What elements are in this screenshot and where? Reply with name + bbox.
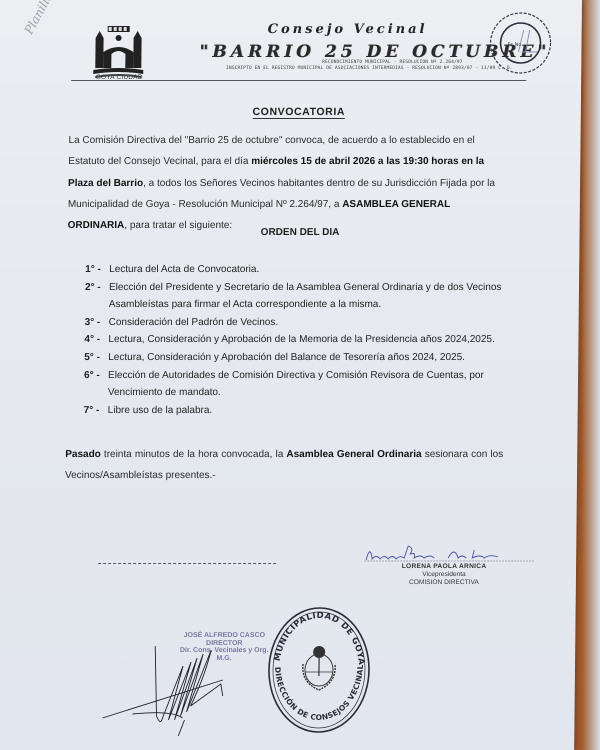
signatory-vicepresident: LORENA PAOLA ARNICA Vicepresidenta COMIS… [384,563,504,587]
agenda-item: 4° -Lectura, Consideración y Aprobación … [84,331,504,349]
agenda-item: 2° -Elección del Presidente y Secretario… [85,279,505,314]
closing-paragraph: Pasado treinta minutos de la hora convoc… [65,444,503,487]
municipal-seal-icon: MUNICIPALIDAD DE GOYA DIRECCIÓN DE CONSE… [264,604,373,736]
municipal-reception-stamp-icon: Fs.No [485,8,556,78]
document-title: CONVOCATORIA [0,106,599,118]
intro-paragraph: La Comisión Directiva del "Barrio 25 de … [68,130,505,236]
agenda-list: 1° -Lectura del Acta de Convocatoria. 2°… [84,261,506,419]
document-page: Planilla GOYA CIUDAD Consejo Vecinal "BA… [0,0,582,750]
signature-line [98,563,276,564]
agenda-title: ORDEN DEL DIA [0,227,600,238]
header-divider [71,80,526,81]
handwritten-signature-icon [364,540,534,565]
agenda-item: 3° -Consideración del Padrón de Vecinos. [85,314,505,332]
agenda-item: 7° -Libre uso de la palabra. [84,402,504,420]
header-title-script: Consejo Vecinal [268,22,428,37]
agenda-item: 5° -Lectura, Consideración y Aprobación … [84,349,504,367]
agenda-item: 1° -Lectura del Acta de Convocatoria. [85,261,505,279]
margin-handwritten-note: Planilla [22,0,56,37]
paper-edge-shadow [582,0,600,750]
argentine-coat-of-arms-icon [303,646,336,690]
director-signature-icon [92,636,273,736]
agenda-item: 6° -Elección de Autoridades de Comisión … [84,367,504,402]
